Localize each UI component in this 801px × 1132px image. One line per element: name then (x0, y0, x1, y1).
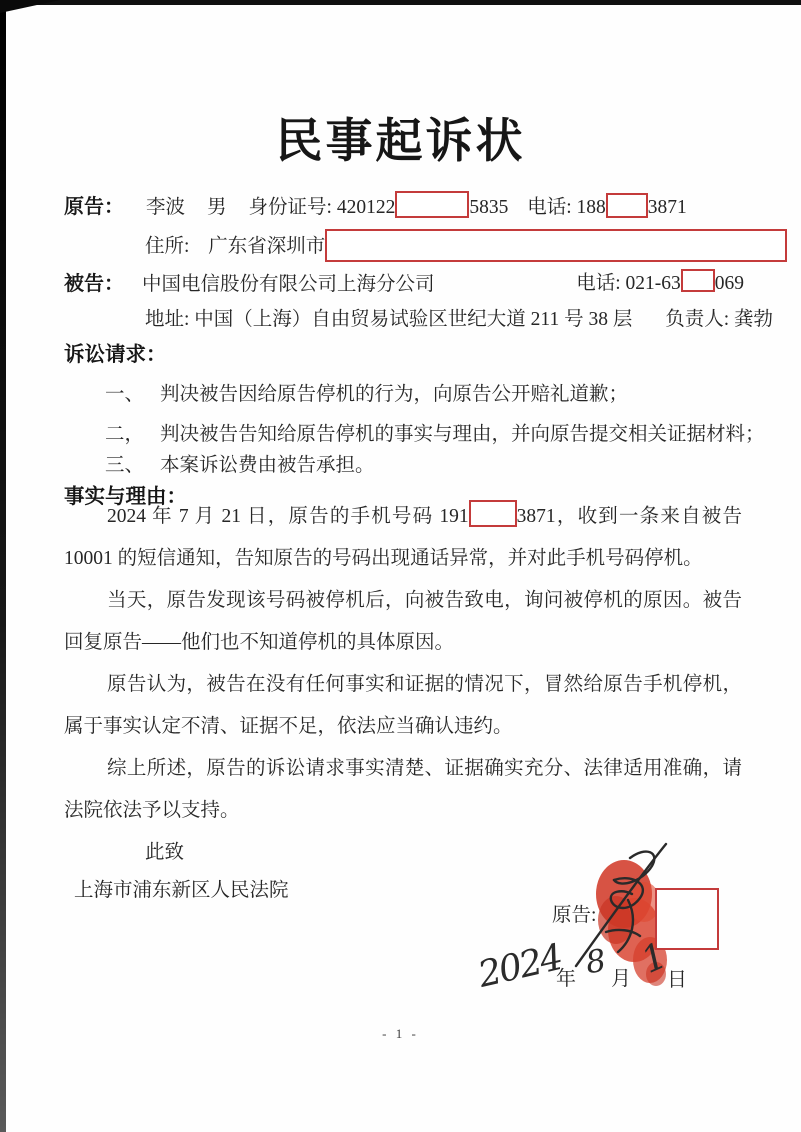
plaintiff-label: 原告： (64, 196, 124, 218)
scan-top-edge-artifact (0, 0, 801, 5)
facts-paragraph-4: 综上所述，原告的诉讼请求事实清楚、证据确实充分、法律适用准确，请法院依法予以支持… (64, 748, 742, 832)
plaintiff-phone-label: 电话: (527, 197, 571, 218)
defendant-left: 被告：中国电信股份有限公司上海分公司 (64, 267, 435, 296)
document-title: 民事起诉状 (0, 104, 801, 171)
handwritten-year: 2024 (474, 937, 565, 996)
claim-item-1: 一、判决被告因给原告停机的行为，向原告公开赔礼道歉； (105, 378, 744, 406)
claim-1-number: 一、 (105, 378, 144, 406)
plaintiff-address-line: 住所: 广东省深圳市 (145, 229, 744, 262)
defendant-address-label: 地址: (145, 309, 189, 330)
closing-salutation: 此致 (145, 836, 184, 864)
claim-item-2: 二，判决被告告知给原告停机的事实与理由，并向原告提交相关证据材料； (105, 418, 744, 446)
facts-body: 2024 年 7 月 21 日，原告的手机号码 1913871，收到一条来自被告… (64, 496, 742, 832)
plaintiff-id-label: 身份证号: (249, 197, 332, 218)
plaintiff-line: 原告：李波男身份证号: 4201225835 电话: 1883871 (64, 190, 744, 219)
claim-2-number: 二， (105, 418, 144, 446)
defendant-phone: 电话: 021-63069 (576, 267, 744, 296)
facts-paragraph-2: 当天，原告发现该号码被停机后，向被告致电，询问被停机的原因。被告回复原告——他们… (64, 580, 742, 664)
plaintiff-address-label: 住所: (145, 236, 189, 257)
defendant-phone-prefix: 021-63 (626, 273, 681, 294)
defendant-phone-suffix: 069 (715, 273, 744, 294)
redaction-box-defendant-phone (681, 269, 715, 292)
redaction-box-mobile (469, 500, 517, 527)
scanned-complaint-page: 民事起诉状 原告：李波男身份证号: 4201225835 电话: 1883871… (0, 0, 801, 1132)
defendant-name: 中国电信股份有限公司上海分公司 (142, 274, 435, 295)
representative-name: 龚勃 (734, 309, 773, 330)
scan-corner-artifact (0, 0, 60, 13)
representative-label: 负责人: (665, 309, 729, 330)
signature-handwriting (560, 836, 690, 976)
claim-3-number: 三、 (105, 449, 144, 477)
claim-3-text: 本案诉讼费由被告承担。 (160, 455, 375, 476)
redaction-box-phone (606, 193, 648, 218)
facts-paragraph-3: 原告认为，被告在没有任何事实和证据的情况下，冒然给原告手机停机，属于事实认定不清… (64, 664, 742, 748)
plaintiff-id-prefix: 420122 (337, 197, 396, 218)
defendant-address-line: 地址: 中国（上海）自由贸易试验区世纪大道 211 号 38 层 负责人: 龚勃 (145, 303, 744, 331)
defendant-phone-label: 电话: (576, 273, 620, 294)
defendant-label: 被告： (64, 273, 124, 295)
facts-paragraph-1: 2024 年 7 月 21 日，原告的手机号码 1913871，收到一条来自被告… (64, 496, 742, 580)
redaction-box-id (395, 191, 469, 218)
plaintiff-address-prefix: 广东省深圳市 (208, 236, 325, 257)
defendant-line: 被告：中国电信股份有限公司上海分公司 电话: 021-63069 (64, 267, 744, 296)
claim-1-text: 判决被告因给原告停机的行为，向原告公开赔礼道歉； (160, 384, 628, 405)
defendant-address: 中国（上海）自由贸易试验区世纪大道 211 号 38 层 (194, 309, 632, 330)
plaintiff-gender: 男 (207, 197, 227, 218)
plaintiff-id-suffix: 5835 (469, 197, 508, 218)
claim-2-text: 判决被告告知给原告停机的事实与理由，并向原告提交相关证据材料； (160, 424, 765, 445)
court-name: 上海市浦东新区人民法院 (74, 874, 289, 902)
claims-heading: 诉讼请求： (64, 337, 167, 367)
facts-p1-prefix: 2024 年 7 月 21 日，原告的手机号码 191 (107, 506, 469, 527)
redaction-box-address (325, 229, 787, 262)
plaintiff-phone-suffix: 3871 (648, 197, 687, 218)
claim-item-3: 三、本案诉讼费由被告承担。 (105, 449, 744, 477)
page-number: - 1 - (0, 1026, 801, 1042)
plaintiff-name: 李波 (146, 197, 185, 218)
plaintiff-phone-prefix: 188 (577, 197, 606, 218)
